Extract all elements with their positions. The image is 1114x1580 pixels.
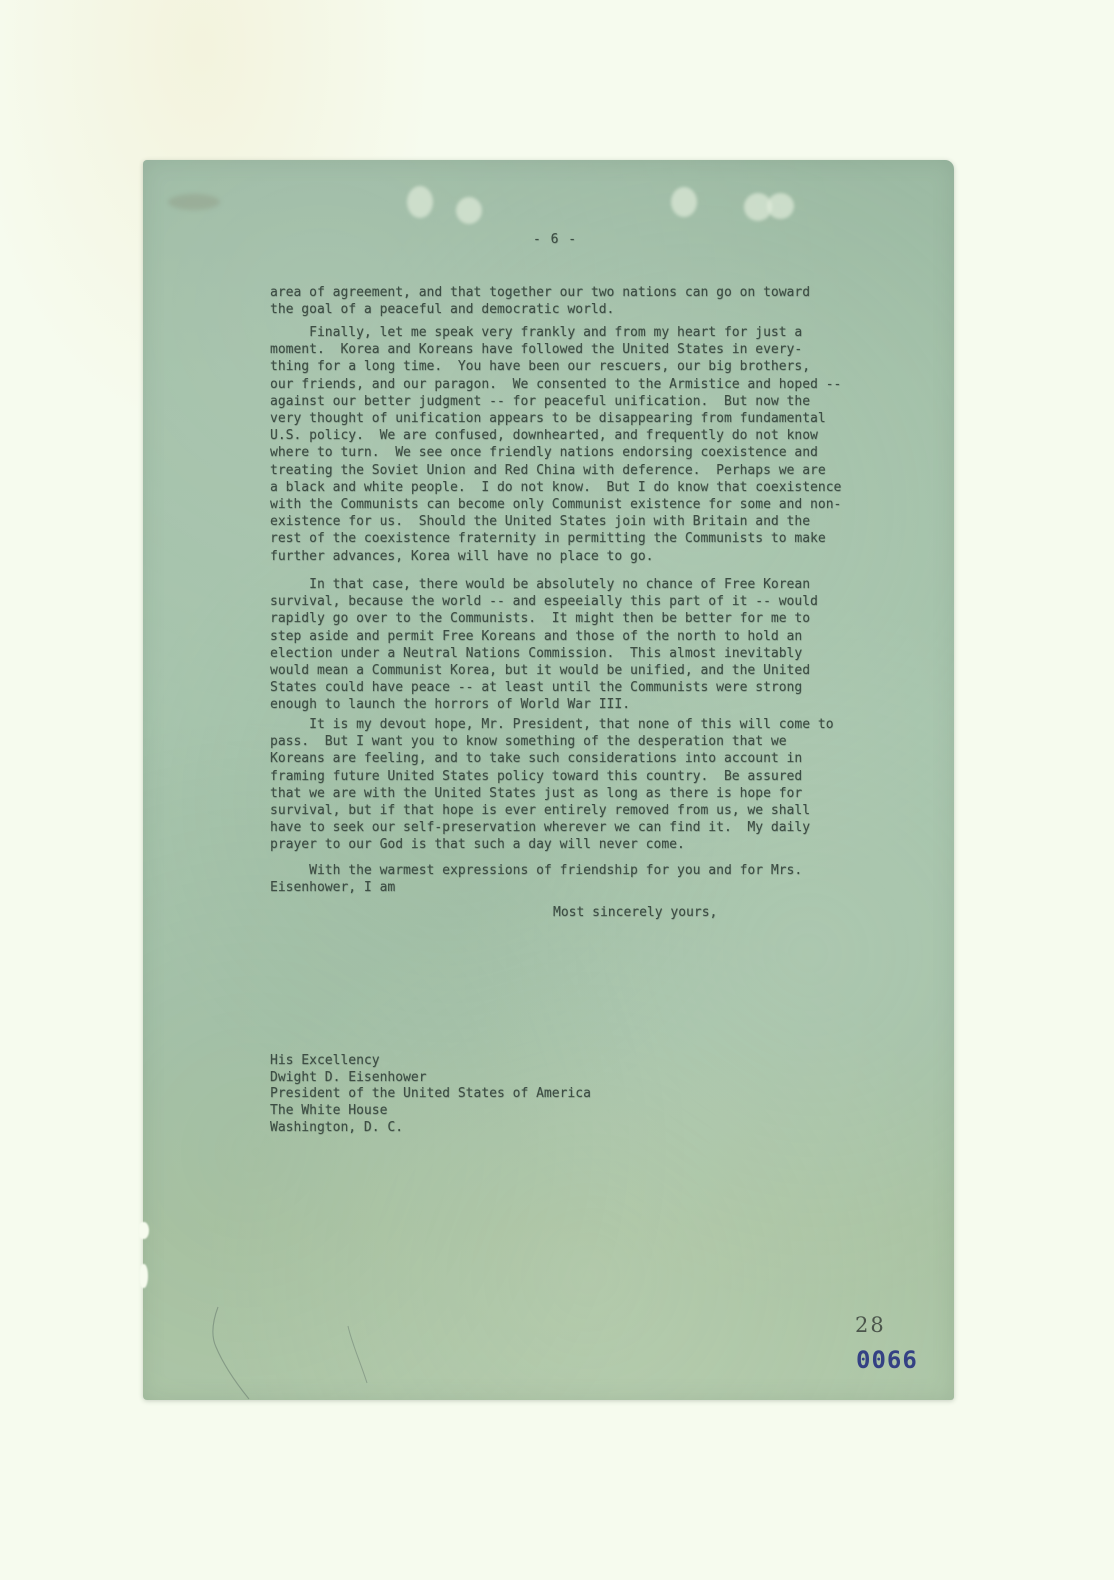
paper-edge-nick (139, 1222, 149, 1239)
letter-paragraph: In that case, there would be absolutely … (270, 576, 818, 714)
letter-paragraph: area of agreement, and that together our… (270, 284, 810, 318)
page-number: - 6 - (533, 231, 577, 248)
closing-line: Most sincerely yours, (553, 904, 717, 921)
glue-spot (671, 187, 697, 217)
glue-spot (767, 193, 794, 219)
recipient-address-block: His Excellency Dwight D. Eisenhower Pres… (270, 1053, 591, 1137)
letter-paragraph: It is my devout hope, Mr. President, tha… (270, 716, 834, 854)
letter-paragraph: With the warmest expressions of friendsh… (270, 862, 802, 896)
paper-edge-nick (140, 1264, 148, 1288)
glue-spot (407, 186, 433, 218)
document-paper: - 6 - area of agreement, and that togeth… (143, 160, 954, 1400)
glue-spot (456, 197, 482, 224)
archive-stamp-number: 0066 (856, 1346, 918, 1374)
letter-paragraph: Finally, let me speak very frankly and f… (270, 324, 841, 565)
ink-smudge (168, 194, 220, 210)
scan-background: - 6 - area of agreement, and that togeth… (0, 0, 1114, 1580)
page-stamp-number: 28 (855, 1313, 886, 1337)
